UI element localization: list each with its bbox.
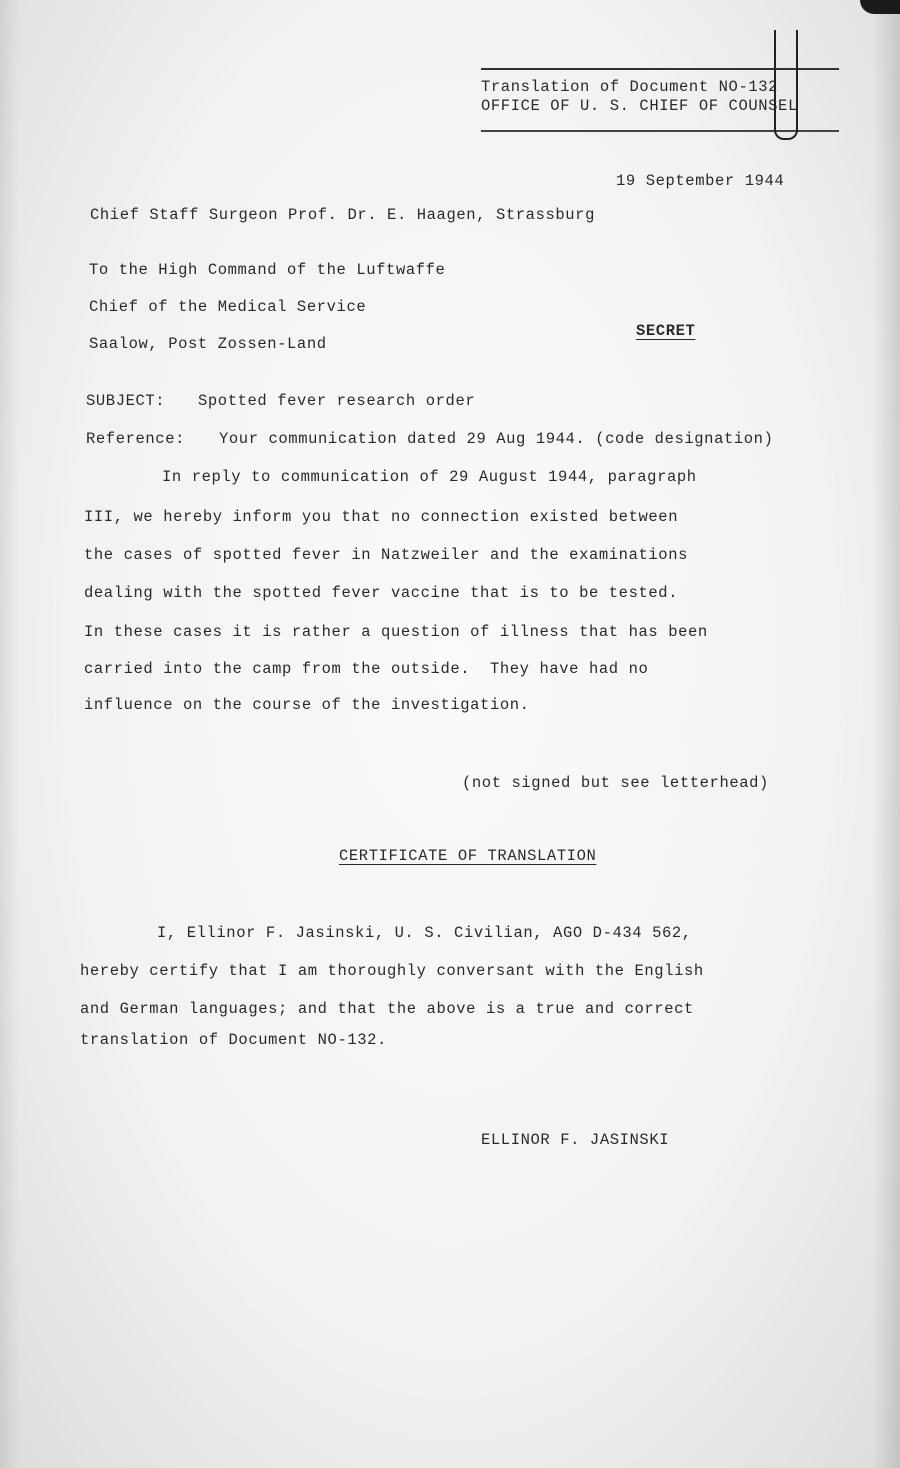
certificate-line: I, Ellinor F. Jasinski, U. S. Civilian, …: [157, 924, 692, 942]
reference-label: Reference:: [86, 430, 185, 448]
corner-tear-mark: [860, 0, 900, 14]
body-line: influence on the course of the investiga…: [84, 696, 530, 714]
translator-signature: ELLINOR F. JASINSKI: [481, 1131, 669, 1149]
letter-sender: Chief Staff Surgeon Prof. Dr. E. Haagen,…: [90, 206, 595, 224]
signature-note: (not signed but see letterhead): [462, 774, 769, 792]
body-line: III, we hereby inform you that no connec…: [84, 508, 678, 526]
translation-document-number: Translation of Document NO-132: [481, 78, 778, 96]
paper-edge-left: [0, 0, 20, 1468]
body-line: In these cases it is rather a question o…: [84, 623, 708, 641]
subject-text: Spotted fever research order: [198, 392, 475, 410]
body-line: In reply to communication of 29 August 1…: [162, 468, 697, 486]
certificate-line: hereby certify that I am thoroughly conv…: [80, 962, 704, 980]
certificate-title: CERTIFICATE OF TRANSLATION: [339, 847, 596, 865]
staple-mark-icon: [774, 30, 798, 140]
classification-stamp: SECRET: [636, 322, 695, 340]
body-line: carried into the camp from the outside. …: [84, 660, 648, 678]
recipient-line: Chief of the Medical Service: [89, 298, 366, 316]
office-name: OFFICE OF U. S. CHIEF OF COUNSEL: [481, 97, 798, 115]
recipient-line: To the High Command of the Luftwaffe: [89, 261, 445, 279]
body-line: the cases of spotted fever in Natzweiler…: [84, 546, 688, 564]
letter-date: 19 September 1944: [616, 172, 784, 190]
body-line: dealing with the spotted fever vaccine t…: [84, 584, 678, 602]
certificate-line: translation of Document NO-132.: [80, 1031, 387, 1049]
paper-edge-right: [872, 0, 900, 1468]
recipient-line: Saalow, Post Zossen-Land: [89, 335, 327, 353]
subject-label: SUBJECT:: [86, 392, 165, 410]
certificate-line: and German languages; and that the above…: [80, 1000, 694, 1018]
reference-text: Your communication dated 29 Aug 1944. (c…: [219, 430, 773, 448]
